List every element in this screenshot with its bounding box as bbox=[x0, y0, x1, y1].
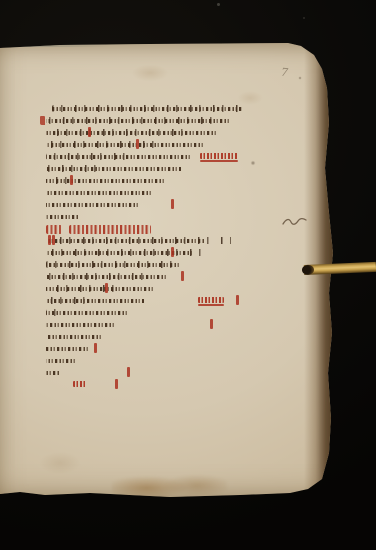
folio-number: 7 bbox=[280, 66, 288, 80]
manuscript-line bbox=[46, 129, 244, 136]
dust-speck bbox=[303, 17, 305, 19]
manuscript-line bbox=[46, 309, 242, 316]
bottom-stain bbox=[112, 471, 227, 499]
rubric-pilcrow bbox=[40, 116, 45, 125]
manuscript-line bbox=[46, 153, 244, 160]
manuscript-line bbox=[46, 201, 242, 208]
rubric-heading bbox=[46, 225, 248, 234]
manuscript-line bbox=[48, 237, 242, 244]
text-block bbox=[46, 105, 248, 393]
manuscript-line bbox=[46, 141, 242, 148]
rubric-mark bbox=[115, 379, 118, 389]
manuscript-line bbox=[46, 333, 242, 340]
manuscript-photo: 7 bbox=[0, 0, 376, 550]
manuscript-line bbox=[46, 285, 244, 292]
wooden-pointer-stick bbox=[304, 262, 376, 275]
manuscript-line bbox=[46, 177, 242, 184]
manuscript-line bbox=[46, 189, 244, 196]
rubric-mark bbox=[181, 271, 184, 281]
rubric-heading-word bbox=[69, 225, 151, 234]
rubric-mark bbox=[48, 235, 51, 245]
manuscript-paragraph bbox=[46, 105, 248, 220]
manuscript-line bbox=[52, 105, 242, 112]
rubric-mark bbox=[210, 319, 213, 329]
rubric-mark bbox=[70, 175, 73, 185]
manuscript-line bbox=[46, 345, 244, 352]
rubric-underline bbox=[200, 160, 238, 162]
rubric-mark bbox=[94, 343, 97, 353]
rubric-word bbox=[73, 381, 86, 387]
manuscript-line bbox=[50, 381, 212, 388]
manuscript-line bbox=[46, 249, 242, 256]
rubric-mark bbox=[136, 139, 139, 149]
rubric-mark bbox=[52, 235, 55, 245]
manuscript-line bbox=[46, 321, 244, 328]
rubric-mark bbox=[127, 367, 130, 377]
manuscript-line bbox=[46, 261, 244, 268]
rubric-underline bbox=[198, 304, 224, 306]
rubric-mark bbox=[171, 199, 174, 209]
manuscript-paragraph bbox=[46, 237, 248, 388]
dust-speck bbox=[217, 3, 220, 6]
rubric-mark bbox=[171, 247, 174, 257]
rubric-word bbox=[200, 153, 238, 159]
rubric-mark bbox=[88, 127, 91, 137]
page-top-edge-highlight bbox=[0, 43, 110, 47]
manuscript-line bbox=[46, 297, 246, 304]
manuscript-line bbox=[46, 165, 246, 172]
marginal-annotation-squiggle bbox=[282, 215, 309, 228]
manuscript-line bbox=[46, 213, 195, 220]
rubric-mark bbox=[236, 295, 239, 305]
manuscript-line bbox=[46, 117, 242, 124]
rubric-word bbox=[198, 297, 224, 303]
manuscript-line bbox=[46, 369, 240, 376]
rubric-mark bbox=[105, 283, 108, 293]
manuscript-line bbox=[46, 273, 242, 280]
rubric-heading-word bbox=[46, 225, 62, 234]
manuscript-line bbox=[46, 357, 242, 364]
manuscript-page: 7 bbox=[0, 43, 334, 497]
